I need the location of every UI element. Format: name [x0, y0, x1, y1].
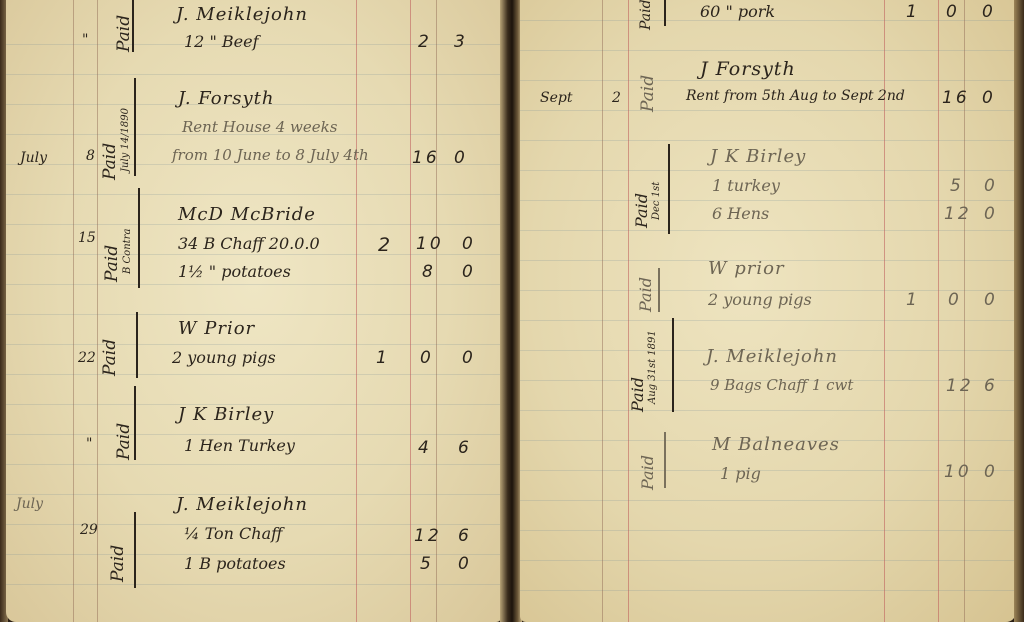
entry-day: 8 [86, 148, 95, 164]
amount-pence: 6 [458, 526, 472, 546]
paid-underline [138, 188, 140, 288]
item-description: 6 Hens [712, 204, 769, 223]
amount-shillings: 4 [418, 438, 432, 458]
paid-stamp: PaidAug 31st 1891 [628, 330, 658, 412]
entry-day: 29 [80, 522, 98, 538]
item-description: 1 pig [720, 464, 761, 483]
paid-stamp: Paid [638, 75, 658, 112]
item-description: 1 turkey [712, 176, 780, 195]
amount-shillings: 2 [418, 32, 432, 52]
paid-underline [672, 318, 674, 412]
item-description: 1 Hen Turkey [184, 436, 295, 455]
amount-shillings: 8 [422, 262, 436, 282]
customer-name: J. Meiklejohn [176, 494, 308, 515]
paid-stamp: Paid [108, 545, 128, 582]
amount-pence: 0 [462, 348, 476, 368]
amount-shillings: 10 [416, 234, 444, 254]
amount-shillings: 0 [420, 348, 434, 368]
amount-pence: 0 [462, 262, 476, 282]
book-edge-right [1014, 0, 1024, 622]
amount-pence: 0 [462, 234, 476, 254]
entry-day: 2 [612, 90, 621, 106]
amount-pence: 0 [458, 554, 472, 574]
paid-underline [658, 268, 660, 312]
amount-shillings: 16 [942, 88, 970, 108]
item-description: 2 young pigs [708, 290, 812, 309]
customer-name: J K Birley [710, 146, 806, 167]
entry-month: July [20, 150, 47, 166]
amount-shillings: 5 [950, 176, 964, 196]
paid-underline [668, 144, 670, 234]
customer-name: J K Birley [178, 404, 274, 425]
book-spine [500, 0, 522, 622]
customer-name: M Balneaves [712, 434, 840, 455]
customer-name: J Forsyth [700, 58, 796, 80]
paid-note: Aug 31st 1891 [647, 330, 658, 404]
paid-underline [132, 0, 134, 52]
ledger-page-left: " Paid J. Meiklejohn 12 " Beef 2 3 July … [6, 0, 502, 622]
paid-stamp: PaidDec 1st [632, 182, 662, 228]
amount-pence: 3 [454, 32, 468, 52]
customer-name: W prior [708, 258, 785, 279]
amount-pence: 0 [454, 148, 468, 168]
entry-month: July [16, 496, 43, 512]
paid-stamp: Paid [114, 15, 134, 52]
paid-stamp: Paid [636, 277, 655, 312]
amount-shillings: 5 [420, 554, 434, 574]
paid-stamp: Paid [638, 0, 654, 30]
amount-pence: 0 [984, 290, 998, 310]
amount-pence: 0 [982, 2, 996, 22]
customer-name: J. Forsyth [178, 88, 274, 109]
amount-pounds: 1 [906, 2, 920, 22]
item-description: ¼ Ton Chaff [184, 524, 282, 543]
entry-day: 15 [78, 230, 96, 246]
amount-shillings: 16 [412, 148, 440, 168]
entry-day: 22 [78, 350, 96, 366]
item-description: 34 B Chaff 20.0.0 [178, 234, 320, 253]
amount-pounds: 1 [906, 290, 920, 310]
amount-pounds: 1 [376, 348, 390, 368]
amount-pence: 0 [984, 204, 998, 224]
item-description: Rent House 4 weeks [182, 118, 337, 136]
item-description: 12 " Beef [184, 32, 259, 51]
paid-underline [664, 0, 666, 26]
item-description: Rent from 5th Aug to Sept 2nd [686, 88, 905, 104]
ledger-page-right: Paid 60 " pork 1 0 0 Sept 2 Paid J Forsy… [520, 0, 1016, 622]
amount-pence: 6 [984, 376, 998, 396]
paid-underline [136, 312, 138, 378]
amount-shillings: 12 [946, 376, 974, 396]
item-description: 9 Bags Chaff 1 cwt [710, 376, 853, 394]
paid-underline [134, 78, 136, 176]
customer-name: J. Meiklejohn [706, 346, 838, 367]
amount-shillings: 12 [944, 204, 972, 224]
amount-pence: 0 [984, 176, 998, 196]
customer-name: J. Meiklejohn [176, 4, 308, 25]
amount-pence: 6 [458, 438, 472, 458]
customer-name: W Prior [178, 318, 255, 339]
amount-shillings: 12 [414, 526, 442, 546]
paid-underline [664, 432, 666, 488]
amount-pounds: 2 [378, 234, 393, 256]
item-description: 1½ " potatoes [178, 262, 291, 281]
amount-pence: 0 [984, 462, 998, 482]
amount-pence: 0 [982, 88, 996, 108]
paid-note: July 14/1890 [120, 108, 131, 172]
paid-stamp: PaidJuly 14/1890 [100, 108, 131, 180]
paid-stamp: Paid [114, 423, 134, 460]
entry-month: Sept [540, 90, 572, 106]
amount-shillings: 10 [944, 462, 972, 482]
item-description: from 10 June to 8 July 4th [172, 146, 369, 164]
paid-stamp: PaidB Contra [102, 229, 133, 282]
paid-stamp: Paid [100, 339, 120, 376]
paid-underline [134, 512, 136, 588]
entry-day: " [86, 436, 92, 452]
item-description: 2 young pigs [172, 348, 276, 367]
amount-shillings: 0 [948, 290, 962, 310]
paid-stamp: Paid [638, 455, 657, 490]
amount-shillings: 0 [946, 2, 960, 22]
item-description: 1 B potatoes [184, 554, 286, 573]
customer-name: McD McBride [178, 204, 316, 225]
paid-note: B Contra [122, 229, 133, 274]
paid-underline [134, 386, 136, 460]
item-description: 60 " pork [700, 2, 775, 21]
entry-day: " [82, 32, 88, 48]
paid-note: Dec 1st [651, 182, 662, 220]
